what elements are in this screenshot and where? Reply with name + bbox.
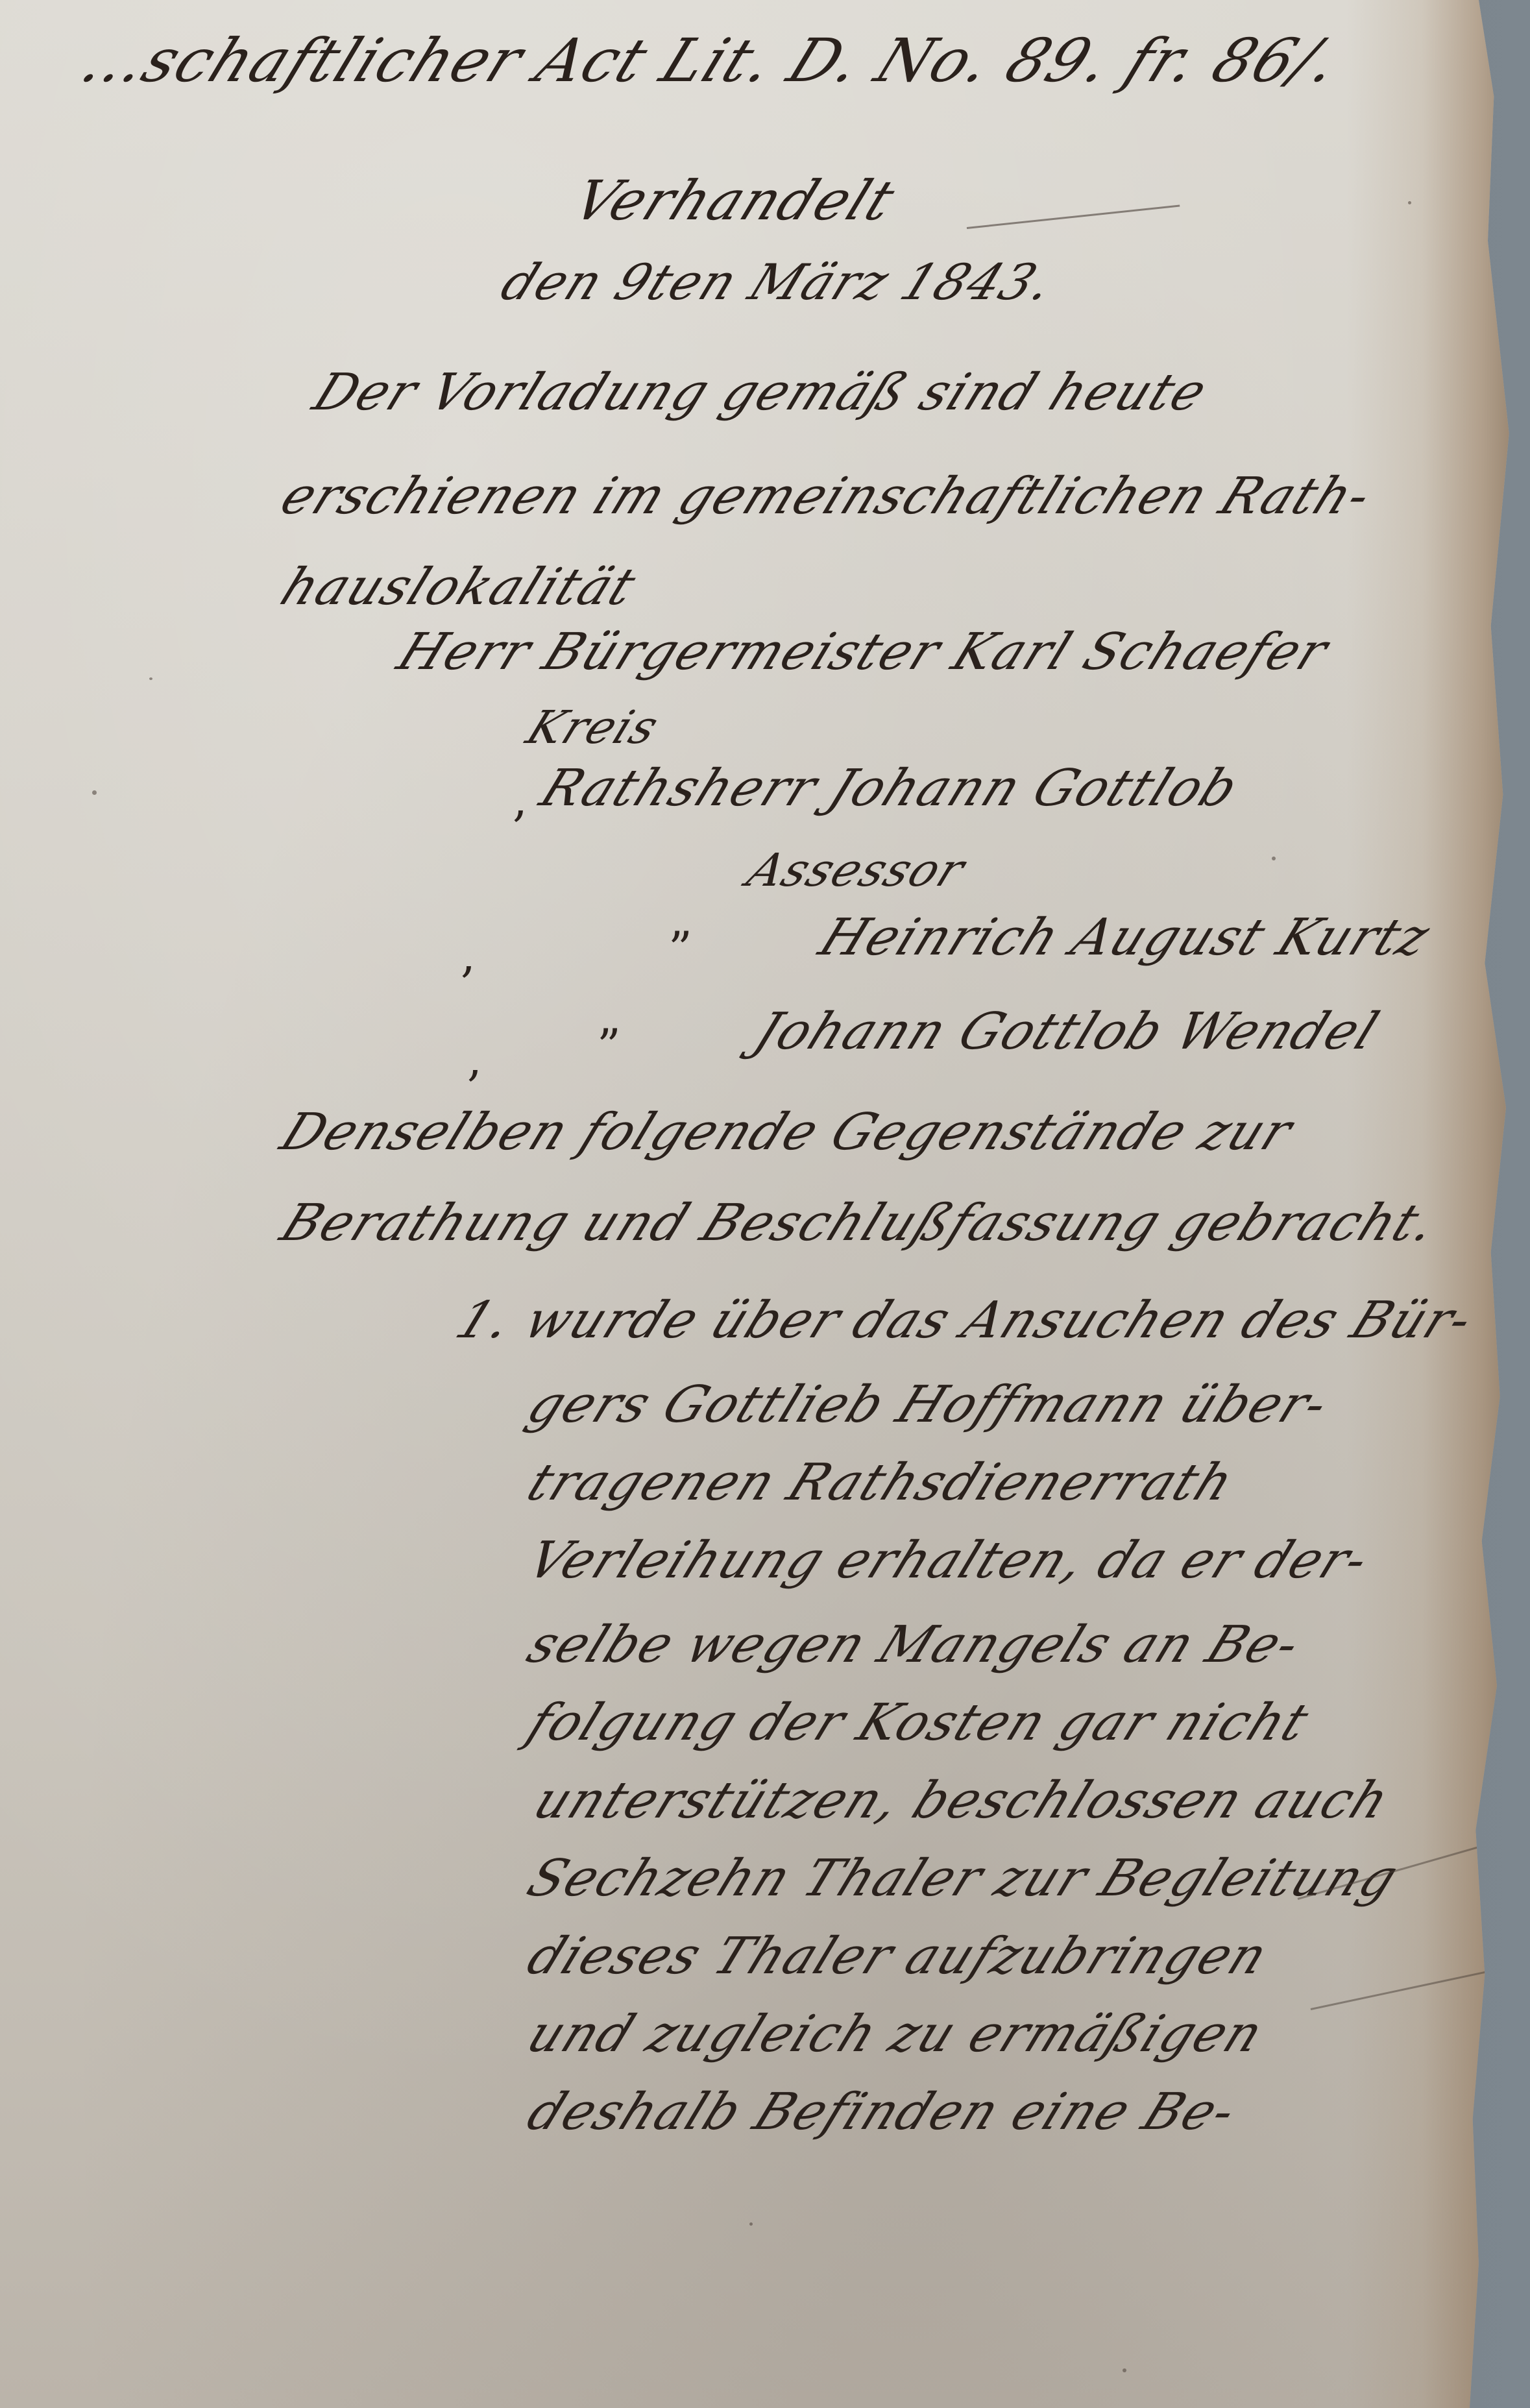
body-line-2: erschienen im gemeinschaftlichen Rath- [273, 467, 1381, 526]
body-line-18: unterstützen, beschlossen auch [526, 1771, 1399, 1830]
body-line-14: tragenen Rathsdienerrath [519, 1453, 1243, 1512]
paper-speck [92, 790, 97, 795]
body-line-4: Herr Bürgermeister Karl Schaefer [389, 623, 1337, 681]
document-title: Verhandelt [565, 169, 905, 232]
body-line-9: Johann Gottlob Wendel [746, 1003, 1387, 1061]
photo-scene: …schaftlicher Act Lit. D. No. 89. fr. 86… [0, 0, 1530, 2408]
body-line-19: Sechzehn Thaler zur Begleitung [519, 1849, 1407, 1908]
ditto-mark: ” [597, 1019, 621, 1073]
body-line-1: Der Vorladung gemäß sind heute [305, 363, 1217, 422]
body-line-6: Rathsherr Johann Gottlob [532, 759, 1248, 818]
body-line-16: selbe wegen Mangels an Be- [519, 1616, 1309, 1674]
body-line-7: Assessor [740, 844, 973, 897]
ditto-mark: , [513, 772, 528, 827]
paper-speck [1272, 857, 1276, 860]
ditto-mark: ” [668, 921, 692, 976]
header-reference: …schaftlicher Act Lit. D. No. 89. fr. 86… [71, 26, 1351, 95]
flourish-stroke [1311, 1971, 1489, 2010]
title-underline [967, 205, 1180, 229]
document-date: den 9ten März 1843. [493, 253, 1063, 311]
paper-speck [1123, 2368, 1126, 2372]
paper-speck [749, 2222, 753, 2226]
body-line-20: dieses Thaler aufzubringen [519, 1927, 1277, 1986]
body-line-5: Kreis [519, 701, 668, 754]
body-line-13: gers Gottlieb Hoffmann über- [519, 1376, 1338, 1434]
paper-speck [1408, 201, 1411, 204]
body-line-22: deshalb Befinden eine Be- [519, 2083, 1246, 2141]
manuscript-page: …schaftlicher Act Lit. D. No. 89. fr. 86… [0, 0, 1515, 2408]
body-line-12: 1. wurde über das Ansuchen des Bür- [448, 1291, 1482, 1350]
body-line-11: Berathung und Beschlußfassung gebracht. [273, 1194, 1446, 1252]
body-line-15: Verleihung erhalten, da er der- [519, 1531, 1378, 1590]
ditto-mark: , [461, 928, 476, 982]
body-line-3: hauslokalität [273, 558, 645, 616]
body-line-10: Denselben folgende Gegenstände zur [273, 1103, 1302, 1161]
body-line-8: Heinrich August Kurtz [811, 908, 1439, 967]
body-line-21: und zugleich zu ermäßigen [519, 2005, 1272, 2063]
paper-speck [149, 677, 152, 680]
ditto-mark: , [467, 1032, 482, 1086]
body-line-17: folgung der Kosten gar nicht [519, 1694, 1318, 1752]
